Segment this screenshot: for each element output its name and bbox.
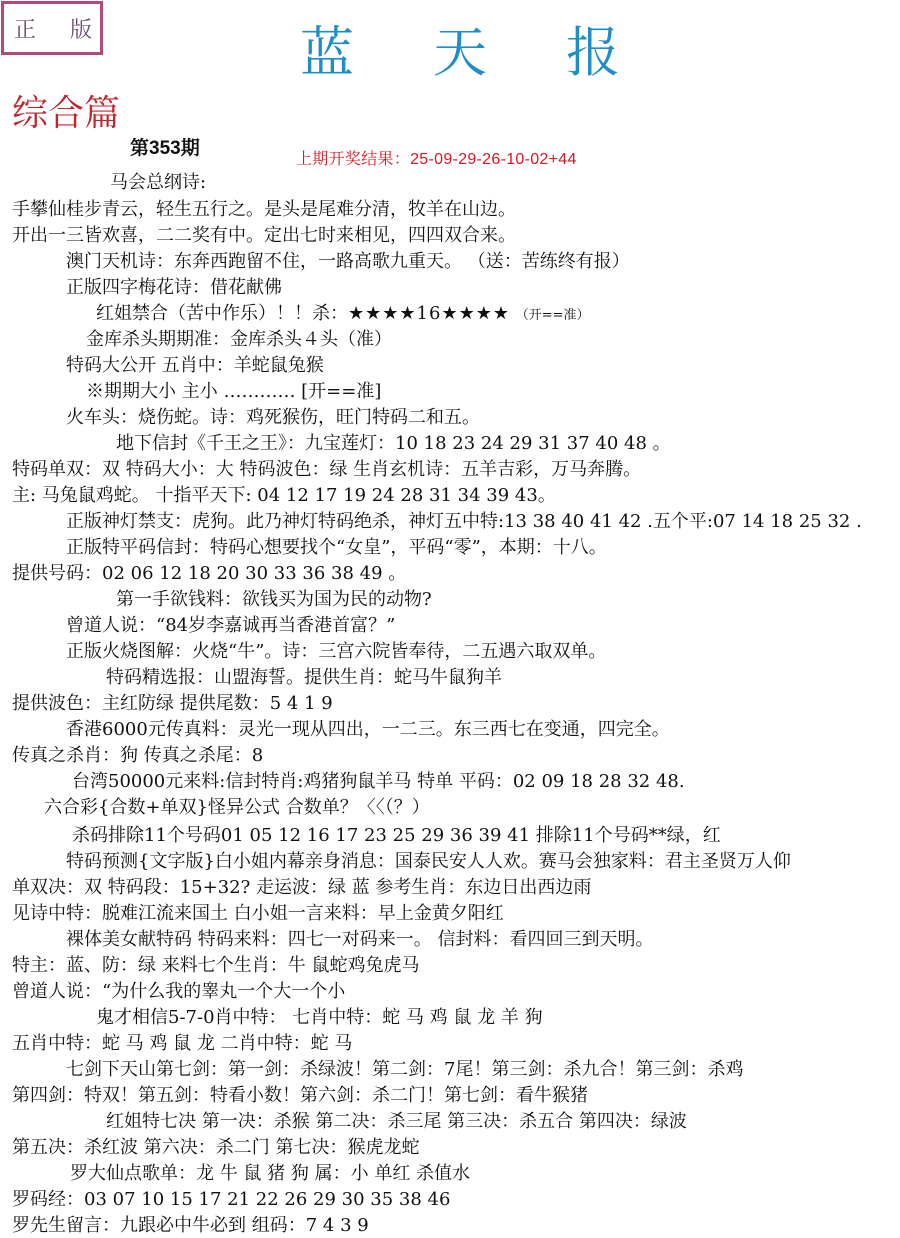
text-line: 传真之杀肖：狗 传真之杀尾：8 (12, 745, 263, 767)
text-line: 台湾50000元来料:信封特肖:鸡猪狗鼠羊马 特单 平码：02 09 18 28… (72, 771, 685, 793)
text-line: 香港6000元传真料：灵光一现从四出，一二三。东三西七在变通，四完全。 (66, 719, 670, 741)
newspaper-masthead: 蓝 天 报 (300, 20, 620, 86)
text-line: 开出一三皆欢喜，二二奖有中。定出七时来相见，四四双合来。 (12, 225, 516, 247)
text-line: 马会总纲诗: (110, 172, 206, 194)
issue-number: 第353期 (130, 139, 200, 158)
text-line: 红姐特七决 第一决：杀猴 第二决：杀三尾 第三决：杀五合 第四决：绿波 (106, 1111, 687, 1133)
text-line: 火车头：烧伤蛇。诗：鸡死猴伤，旺门特码二和五。 (66, 407, 480, 429)
text-line: 单双决：双 特码段：15+32? 走运波：绿 蓝 参考生肖：东边日出西边雨 (12, 877, 591, 899)
text-line: 第四剑：特双！第五剑：特看小数！第六剑：杀二门！第七剑：看牛猴猪 (12, 1085, 588, 1107)
text-line: 红姐禁合（苦中作乐）！！杀：★★★★16★★★★ （开==准） (96, 303, 590, 327)
text-line: 特码预测{文字版}白小姐内幕亲身消息：国泰民安人人欢。赛马会独家料：君主圣贤万人… (66, 851, 791, 873)
masthead-char-1: 蓝 (300, 26, 354, 80)
text-line: 罗先生留言：九跟必中牛必到 组码：7 4 3 9 (12, 1215, 369, 1237)
masthead-char-2: 天 (433, 26, 487, 80)
last-draw-result: 上期开奖结果：25-09-29-26-10-02+44 (296, 152, 577, 168)
text-line: 提供波色：主红防绿 提供尾数：5 4 1 9 (12, 693, 333, 715)
text-line: 第五决：杀红波 第六决：杀二门 第七决：猴虎龙蛇 (12, 1137, 419, 1159)
section-title: 综合篇 (12, 96, 120, 132)
text-line: 曾道人说：“84岁李嘉诚再当香港首富？” (66, 615, 395, 637)
text-line: 正版火烧图解：火烧“牛”。诗：三宫六院皆奉待，二五遇六取双单。 (66, 641, 606, 663)
text-line: 罗大仙点歌单：龙 牛 鼠 猪 狗 属：小 单红 杀值水 (70, 1163, 470, 1185)
masthead-char-3: 报 (566, 26, 620, 80)
text-line: 特主：蓝、防：绿 来料七个生肖：牛 鼠蛇鸡兔虎马 (12, 955, 419, 977)
text-line: 六合彩{合数+单双}怪异公式 合数单？〈〈（？） (44, 797, 430, 819)
text-line: 杀码排除11个号码01 05 12 16 17 23 25 29 36 39 4… (72, 825, 721, 847)
text-line: 见诗中特：脱难江流来国土 白小姐一言来料：早上金黄夕阳红 (12, 903, 504, 925)
text-line: ※期期大小 主小 ………… [开==准] (86, 381, 381, 403)
text-line: 特码大公开 五肖中：羊蛇鼠兔猴 (66, 355, 324, 377)
text-line: 罗码经：03 07 10 15 17 21 22 26 29 30 35 38 … (12, 1189, 450, 1211)
text-line: 手攀仙桂步青云，轻生五行之。是头是尾难分清，牧羊在山边。 (12, 199, 516, 221)
star-rating-text: ★★★★16★★★★ (348, 303, 510, 324)
official-version-badge: 正 版 (1, 1, 103, 55)
text-line: 鬼才相信5-7-0肖中特： 七肖中特：蛇 马 鸡 鼠 龙 羊 狗 (96, 1007, 543, 1029)
text-line: 七剑下天山第七剑：第一剑：杀绿波！第二剑：7尾！第三剑：杀九合！第三剑：杀鸡 (66, 1059, 743, 1081)
badge-char-right: 版 (70, 13, 92, 44)
text-line: 裸体美女献特码 特码来料：四七一对码来一。 信封料：看四回三到天明。 (66, 929, 653, 951)
text-line: 澳门天机诗：东奔西跑留不住，一路高歌九重天。 （送：苦练终有报） (66, 251, 630, 273)
badge-char-left: 正 (14, 13, 36, 44)
text-line: 特码单双：双 特码大小：大 特码波色：绿 生肖玄机诗：五羊吉彩，万马奔腾。 (12, 459, 641, 481)
text-line: 曾道人说：“为什么我的睾丸一个大一个小 (12, 981, 345, 1003)
accuracy-note: （开==准） (516, 308, 590, 323)
text-line: 特码精选报：山盟海誓。提供生肖：蛇马牛鼠狗羊 (106, 667, 502, 689)
text-line: 主: 马兔鼠鸡蛇。 十指平天下: 04 12 17 19 24 28 31 34… (12, 485, 556, 507)
text-line: 五肖中特：蛇 马 鸡 鼠 龙 二肖中特：蛇 马 (12, 1033, 352, 1055)
text-line: 第一手欲钱料：欲钱买为国为民的动物? (116, 589, 432, 611)
line-label: 红姐禁合（苦中作乐）！！杀： (96, 303, 348, 324)
text-line: 正版四字梅花诗：借花献佛 (66, 277, 282, 299)
text-line: 地下信封《千王之王》：九宝莲灯：10 18 23 24 29 31 37 40 … (116, 433, 671, 455)
text-line: 正版神灯禁支：虎狗。此乃神灯特码绝杀，神灯五中特:13 38 40 41 42 … (66, 511, 862, 533)
text-line: 金库杀头期期准：金库杀头４头（准） (86, 329, 392, 351)
text-line: 提供号码：02 06 12 18 20 30 33 36 38 49 。 (12, 563, 406, 585)
text-line: 正版特平码信封：特码心想要找个“女皇”，平码“零”，本期：十八。 (66, 537, 607, 559)
